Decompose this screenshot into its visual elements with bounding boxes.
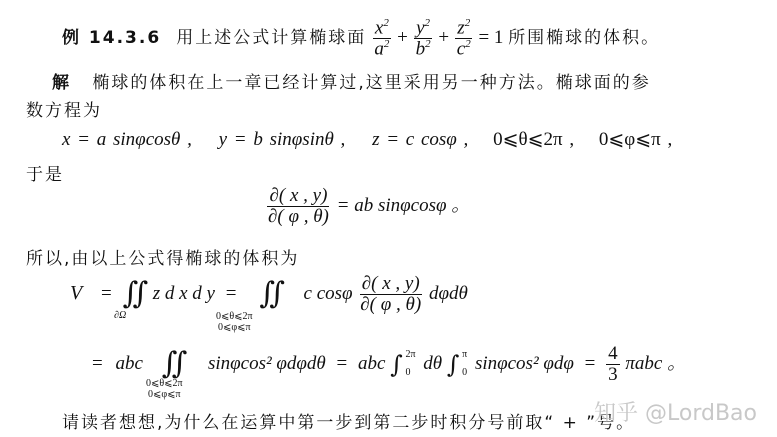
example-label: 例 14.3.6 — [62, 28, 161, 48]
therefore-text: 所以,由以上公式得椭球的体积为 — [26, 244, 299, 269]
solution-line-1: 解 椭球的体积在上一章已经计算过,这里采用另一种方法。椭球面的参 — [52, 68, 651, 93]
watermark: 知乎 @LordBao — [594, 396, 757, 427]
double-integral-icon: ∬ — [122, 276, 148, 311]
parametric-equations: x = a sinφcosθ , y = b sinφsinθ , z = c … — [62, 128, 672, 151]
example-text-after: 所围椭球的体积。 — [508, 28, 660, 48]
volume-line-1: V = ∬ z d x d y = ∬ c cosφ ∂( x , y)∂( φ… — [70, 274, 468, 334]
integral-icon: ∫ — [390, 350, 403, 378]
double-integral-icon: ∬ — [259, 276, 285, 311]
integral-domain: 0⩽θ⩽2π 0⩽φ⩽π — [216, 311, 253, 333]
solution-label: 解 — [52, 73, 71, 93]
integral-domain: 0⩽θ⩽2π 0⩽φ⩽π — [146, 378, 183, 400]
jacobian-equation: ∂( x , y)∂( φ , θ) = ab sinφcosφ 。 — [265, 186, 470, 227]
double-integral-icon: ∬ — [162, 346, 188, 381]
integral-icon: ∫ — [447, 350, 460, 378]
thus-text: 于是 — [26, 160, 64, 185]
solution-line-2: 数方程为 — [26, 96, 102, 121]
integral-domain: ∂Ω — [114, 310, 126, 321]
example-text-before: 用上述公式计算椭球面 — [176, 28, 366, 48]
ellipsoid-equation: x2a2 + y2b2 + z2c2 = 1 — [371, 27, 508, 48]
question-text: 请读者想想,为什么在运算中第一步到第二步时积分号前取“ + ”号。 — [62, 408, 635, 433]
example-heading: 例 14.3.6 用上述公式计算椭球面 x2a2 + y2b2 + z2c2 =… — [62, 18, 660, 60]
